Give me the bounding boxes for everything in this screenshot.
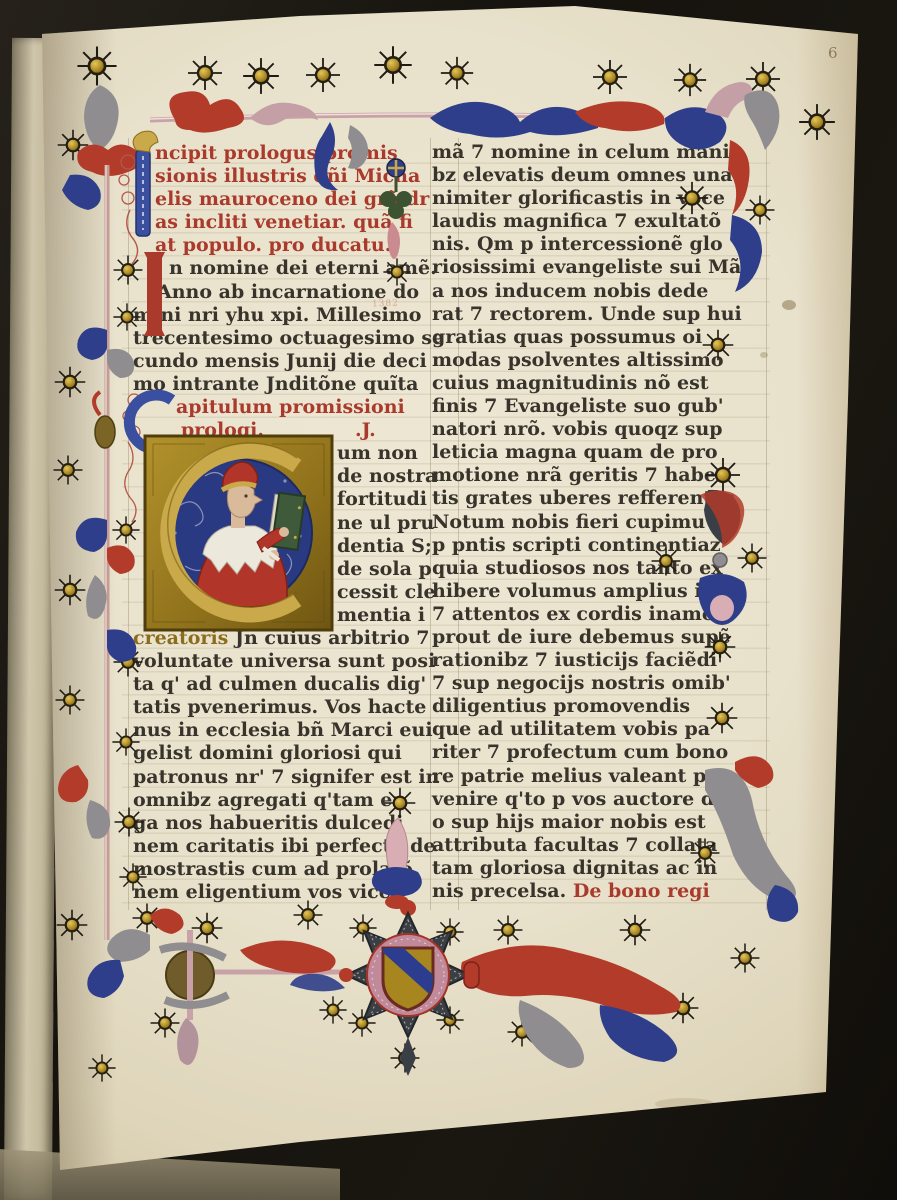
text-line: mã 7 nomine in celum mani: [432, 141, 768, 164]
text-line: gratias quas possumus oi: [432, 326, 768, 349]
text-line: mostrastis cum ad prolatõ: [133, 858, 457, 881]
opening-rubric: ncipit prologus promissionis illustris d…: [133, 142, 457, 257]
manuscript-page: 6 1382 ncipit prologus promissionis illu…: [0, 0, 897, 1200]
right-text-column: mã 7 nomine in celum manibz elevatis deu…: [432, 141, 768, 903]
text-line: 7 attentos ex cordis inamo: [432, 603, 768, 626]
text-line: ga nos habueritis dulcedi: [133, 812, 457, 835]
text-line: tis grates uberes refferentes: [432, 487, 768, 510]
text-line: trecentesimo octuagesimo se: [133, 327, 457, 350]
text-line: sionis illustris dñi Micha: [155, 165, 457, 188]
text-line: laudis magnifica 7 exultatõ: [432, 210, 768, 233]
text-line: tam gloriosa dignitas ac in: [432, 857, 768, 880]
text-line: prologi.: [176, 419, 457, 442]
text-line: o sup hijs maior nobis est: [432, 811, 768, 834]
text-line: quia studiosos nos tanto ex: [432, 557, 768, 580]
text-line: tatis pvenerimus. Vos hacte: [133, 696, 457, 719]
text-line: nem caritatis ibi perfecte de: [133, 835, 457, 858]
text-line: ncipit prologus promis: [155, 142, 457, 165]
chapter-numeral: .J.: [355, 419, 376, 442]
text-line: mini nri yhu xpi. Millesimo: [133, 304, 457, 327]
text-line: voluntate universa sunt posi: [133, 650, 457, 673]
text-line: natori nrõ. vobis quoqz sup: [432, 418, 768, 441]
text-line: rat 7 rectorem. Unde sup hui: [432, 303, 768, 326]
text-line: modas psolventes altissimo: [432, 349, 768, 372]
dating-paragraph: n nomine dei eterni amẽ. Anno ab incarna…: [133, 257, 457, 396]
text-line: bz elevatis deum omnes una: [432, 164, 768, 187]
closing-rubric: De bono regi: [573, 880, 710, 902]
text-line: venire q'to p vos auctore de: [432, 788, 768, 811]
text-line: n nomine dei eterni amẽ.: [133, 257, 457, 280]
text-line: leticia magna quam de pro: [432, 441, 768, 464]
left-text-column: ncipit prologus promissionis illustris d…: [133, 142, 457, 904]
parchment-stain: [655, 1098, 715, 1110]
text-line: nus in ecclesia bñ Marci eui: [133, 719, 457, 742]
text-line: riosissimi evangeliste sui Mã: [432, 256, 768, 279]
text-line: Notum nobis fieri cupimu': [432, 511, 768, 534]
text-line: ta q' ad culmen ducalis dig': [133, 673, 457, 696]
folio-number: 6: [828, 44, 838, 62]
text-line: finis 7 Evangeliste suo gub': [432, 395, 768, 418]
text-line: elis mauroceno dei grã dr: [155, 188, 457, 211]
text-line: omnibz agregati q'tam er: [133, 789, 457, 812]
page-edge-toning: [797, 0, 867, 1200]
text-line: diligentius promovendis: [432, 695, 768, 718]
gold-first-word: creatoris: [133, 627, 228, 649]
text-line: nimiter glorificastis in voce: [432, 187, 768, 210]
left-column-lower-text: creatoris Jn cuius arbitrio 7 voluntate …: [133, 627, 457, 904]
text-line: 7 sup negocijs nostris omib': [432, 672, 768, 695]
text-line: at populo. pro ducatu.: [155, 234, 457, 257]
text-line: rationibz 7 iusticijs faciẽdi': [432, 649, 768, 672]
text-line: cundo mensis Junij die deci: [133, 350, 457, 373]
text-line: as incliti venetiar. quã fi: [155, 211, 457, 234]
text-line: patronus nr' 7 signifer est in: [133, 766, 457, 789]
text-line: riter 7 profectum cum bono: [432, 741, 768, 764]
text-line: Anno ab incarnatione do: [133, 281, 457, 304]
text-beside-initial: um nonde nostrafortitudine ul prudentia …: [133, 442, 457, 627]
text-line: attributa facultas 7 collata: [432, 834, 768, 857]
text-line: que ad utilitatem vobis pa: [432, 718, 768, 741]
text-line: gelist domini gloriosi qui: [133, 742, 457, 765]
text-line: nis precelsa. De bono regi: [432, 880, 768, 903]
chapter-rubric: apitulum promissioni prologi. .J.: [133, 396, 457, 442]
text-line: mo intrante Jnditõne quĩta: [133, 373, 457, 396]
text-line: a nos inducem nobis dede: [432, 280, 768, 303]
text-line: p pntis scripti continentiaz: [432, 534, 768, 557]
text-line: cuius magnitudinis nõ est: [432, 372, 768, 395]
text-line: creatoris Jn cuius arbitrio 7: [133, 627, 457, 650]
text-line: motione nrã geritis 7 habe: [432, 464, 768, 487]
text-line: nem eligentium vos vice i: [133, 881, 457, 904]
text-line: prout de iure debemus supẽ: [432, 626, 768, 649]
parchment-stain: [782, 300, 796, 310]
text-line: hibere volumus amplius i: [432, 580, 768, 603]
text-line: apitulum promissioni: [176, 396, 457, 419]
ruling-vertical: [128, 138, 129, 910]
text-line: nis. Qm p intercessionẽ glo: [432, 233, 768, 256]
manuscript-photo: 6 1382 ncipit prologus promissionis illu…: [0, 0, 897, 1200]
text-line: re patrie melius valeant p: [432, 765, 768, 788]
